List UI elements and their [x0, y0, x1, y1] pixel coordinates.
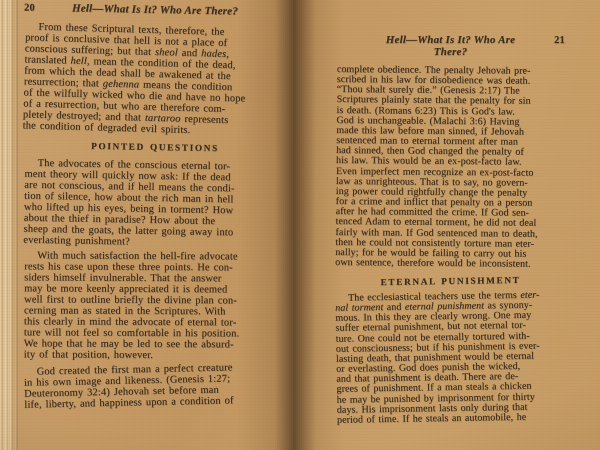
paragraph: The advocates of the conscious eternal t…: [23, 157, 287, 250]
left-page-number: 20: [24, 2, 58, 14]
paragraph: With much satisfaction the hell-fire adv…: [24, 250, 287, 362]
open-book-photo: 20 Hell—What Is It? Who Are There? From …: [0, 0, 600, 450]
left-running-title: Hell—What Is It? Who Are There?: [58, 2, 252, 18]
header-spacer: [252, 15, 286, 16]
section-heading: ETERNAL PUNISHMENT: [336, 274, 565, 288]
right-page-body: complete obedience. The penalty Jehovah …: [336, 66, 565, 424]
right-page-number: 21: [531, 35, 565, 46]
left-page: 20 Hell—What Is It? Who Are There? From …: [24, 4, 286, 409]
section-heading: POINTED QUESTIONS: [24, 140, 286, 156]
paragraph: The ecclesiastical teachers use the term…: [335, 290, 566, 426]
page-edge-strip: [0, 0, 18, 450]
left-page-header: 20 Hell—What Is It? Who Are There?: [24, 1, 286, 18]
paragraph: God created the first man a perfect crea…: [24, 362, 287, 412]
right-page-header: Hell—What Is It? Who Are There? 21: [336, 34, 565, 58]
right-running-title: Hell—What Is It? Who Are There?: [370, 34, 531, 58]
paragraph: From these Scriptural texts, therefore, …: [23, 21, 288, 139]
left-page-body: From these Scriptural texts, therefore, …: [24, 25, 286, 409]
right-page: Hell—What Is It? Who Are There? 21 compl…: [336, 34, 565, 424]
paragraph: complete obedience. The penalty Jehovah …: [335, 65, 566, 270]
